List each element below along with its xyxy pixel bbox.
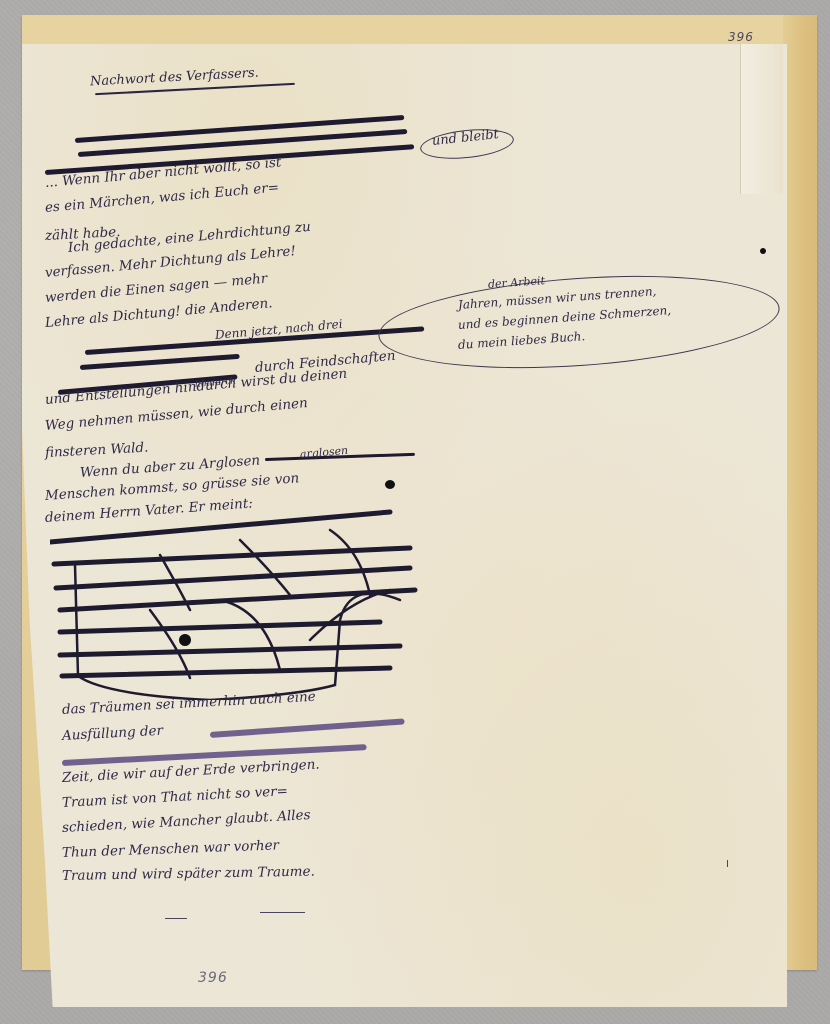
closing-dash xyxy=(260,912,305,913)
page-number-top: 396 xyxy=(728,30,754,44)
ink-blot xyxy=(385,480,395,489)
page-number-bottom: 396 xyxy=(198,970,228,986)
ink-spot xyxy=(760,248,766,254)
tape-strip-right xyxy=(783,15,817,970)
paper-fold-corner xyxy=(740,44,783,194)
scribbled-out-block xyxy=(50,500,440,700)
closing-dash xyxy=(165,918,187,919)
stray-mark xyxy=(727,860,728,867)
